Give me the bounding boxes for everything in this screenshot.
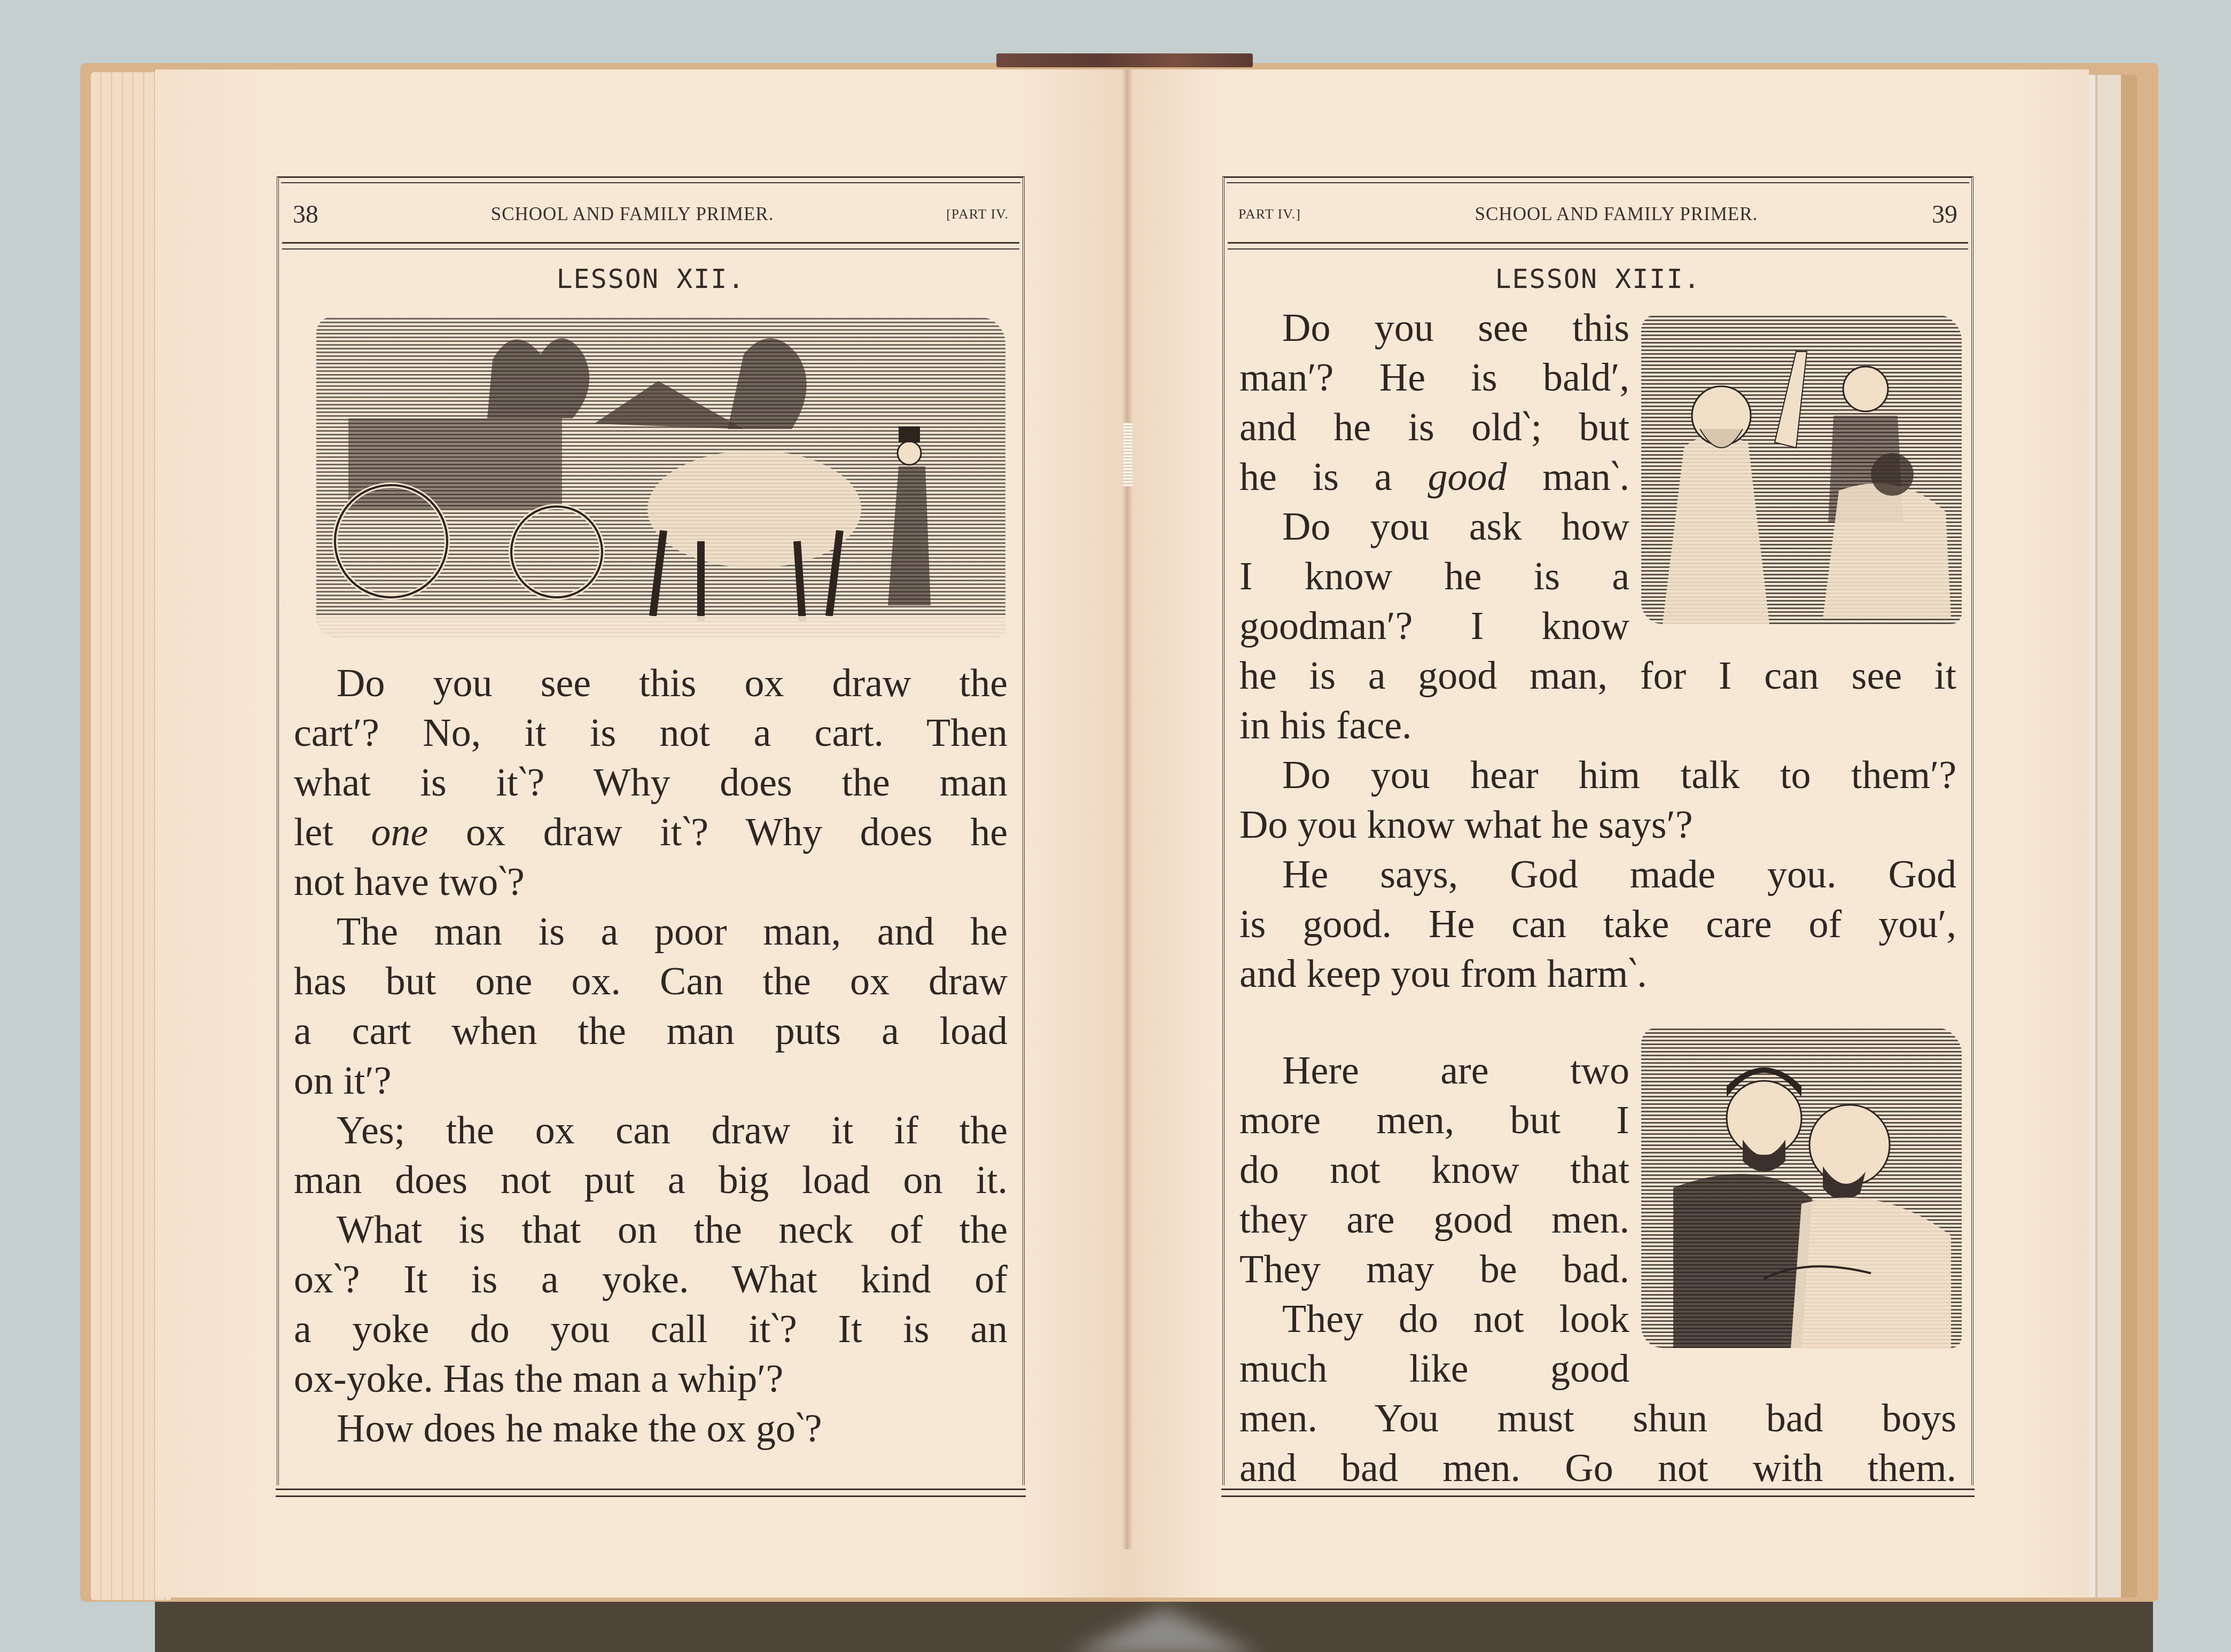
text-line: Do you know what he says′? [1239, 800, 1956, 850]
head-rule [282, 242, 1019, 250]
part-label: PART IV.] [1238, 206, 1301, 222]
text-line: and keep you from harm‵. [1239, 949, 1956, 999]
book-title: SCHOOL AND FAMILY PRIMER. [1475, 204, 1758, 225]
book-title: SCHOOL AND FAMILY PRIMER. [491, 204, 774, 225]
bald-old-man-illustration [1641, 314, 1962, 624]
lesson-title: LESSON XIII. [1224, 263, 1971, 294]
text-line: Do you hear him talk to them′? [1239, 751, 1956, 800]
text-line: more men, but I [1239, 1096, 1629, 1146]
text-run: let [294, 811, 371, 854]
text-line: The man is a poor man, and he [294, 907, 1008, 957]
text-line: They do not look [1239, 1295, 1629, 1344]
text-line: in his face. [1239, 701, 1956, 751]
lesson-xiii-text-beside-second-picture: Here are two more men, but I do not know… [1239, 1046, 1629, 1394]
two-men-illustration [1641, 1027, 1962, 1348]
book-gutter [1122, 69, 1133, 1549]
text-line: do not know that [1239, 1146, 1629, 1195]
binding-thread [1123, 422, 1133, 486]
text-line: How does he make the ox go‵? [294, 1404, 1008, 1454]
text-line: Do you ask how [1239, 502, 1629, 552]
text-line: a cart when the man puts a load [294, 1007, 1008, 1056]
text-line: they are good men. [1239, 1195, 1629, 1245]
text-line: he is a good man, for I can see it [1239, 651, 1956, 701]
text-line: Do you see this ox draw the [294, 659, 1008, 708]
page-number: 39 [1932, 200, 1957, 229]
right-text-frame: PART IV.] SCHOOL AND FAMILY PRIMER. 39 L… [1222, 176, 1973, 1485]
text-line: he is a good man‵. [1239, 453, 1629, 502]
text-line: men. You must shun bad boys [1239, 1394, 1956, 1444]
text-line: He says, God made you. God [1239, 850, 1956, 900]
running-head: 38 SCHOOL AND FAMILY PRIMER. [PART IV. [279, 198, 1023, 230]
text-line: ox-yoke. Has the man a whip′? [294, 1354, 1008, 1404]
text-line: goodman′? I know [1239, 602, 1629, 651]
lesson-xiii-closing-text: men. You must shun bad boys and bad men.… [1239, 1394, 1956, 1493]
text-line: on it′? [294, 1056, 1008, 1106]
text-run: he is a [1239, 455, 1427, 499]
shadow-crease [1068, 1608, 1261, 1652]
lesson-xiii-text-beside-picture: Do you see this man′? He is bald′, and h… [1239, 303, 1629, 651]
text-run: man‵. [1507, 455, 1629, 499]
bottom-rule [276, 1489, 1026, 1497]
left-text-frame: 38 SCHOOL AND FAMILY PRIMER. [PART IV. L… [277, 176, 1025, 1485]
running-head: PART IV.] SCHOOL AND FAMILY PRIMER. 39 [1224, 198, 1971, 230]
bald-old-man-icon [1641, 314, 1962, 624]
ox-cart-illustration [316, 317, 1005, 637]
italic-word: one [371, 811, 428, 854]
text-line: Yes; the ox can draw it if the [294, 1106, 1008, 1156]
text-run: ox draw it‵? Why does he [428, 811, 1008, 854]
book-spine [996, 53, 1253, 67]
text-line: They may be bad. [1239, 1245, 1629, 1295]
text-line: Here are two [1239, 1046, 1629, 1096]
text-line: I know he is a [1239, 552, 1629, 602]
right-page-stack [2084, 75, 2137, 1598]
text-line: ox‵? It is a yoke. What kind of [294, 1255, 1008, 1305]
text-line: let one ox draw it‵? Why does he [294, 808, 1008, 858]
text-line: man does not put a big load on it. [294, 1156, 1008, 1205]
text-line: what is it‵? Why does the man [294, 758, 1008, 808]
lesson-xii-text: Do you see this ox draw the cart′? No, i… [294, 659, 1008, 1454]
text-line: What is that on the neck of the [294, 1205, 1008, 1255]
text-line: Do you see this [1239, 303, 1629, 353]
lesson-xiii-text-full-width: he is a good man, for I can see it in hi… [1239, 651, 1956, 999]
text-line: has but one ox. Can the ox draw [294, 957, 1008, 1007]
text-line: man′? He is bald′, [1239, 353, 1629, 403]
italic-word: good [1427, 455, 1507, 499]
ox-cart-icon [316, 317, 1005, 637]
bottom-rule [1221, 1489, 1975, 1497]
page-number: 38 [293, 200, 318, 229]
two-men-icon [1641, 1027, 1962, 1348]
text-line: cart′? No, it is not a cart. Then [294, 708, 1008, 758]
text-line: is good. He can take care of you′, [1239, 900, 1956, 949]
text-line: much like good [1239, 1344, 1629, 1394]
head-rule [1228, 242, 1968, 250]
text-line: and bad men. Go not with them. [1239, 1444, 1956, 1493]
text-line: a yoke do you call it‵? It is an [294, 1305, 1008, 1354]
text-line: and he is old‵; but [1239, 403, 1629, 453]
part-label: [PART IV. [946, 206, 1009, 222]
text-line: not have two‵? [294, 858, 1008, 907]
lesson-title: LESSON XII. [279, 263, 1023, 294]
